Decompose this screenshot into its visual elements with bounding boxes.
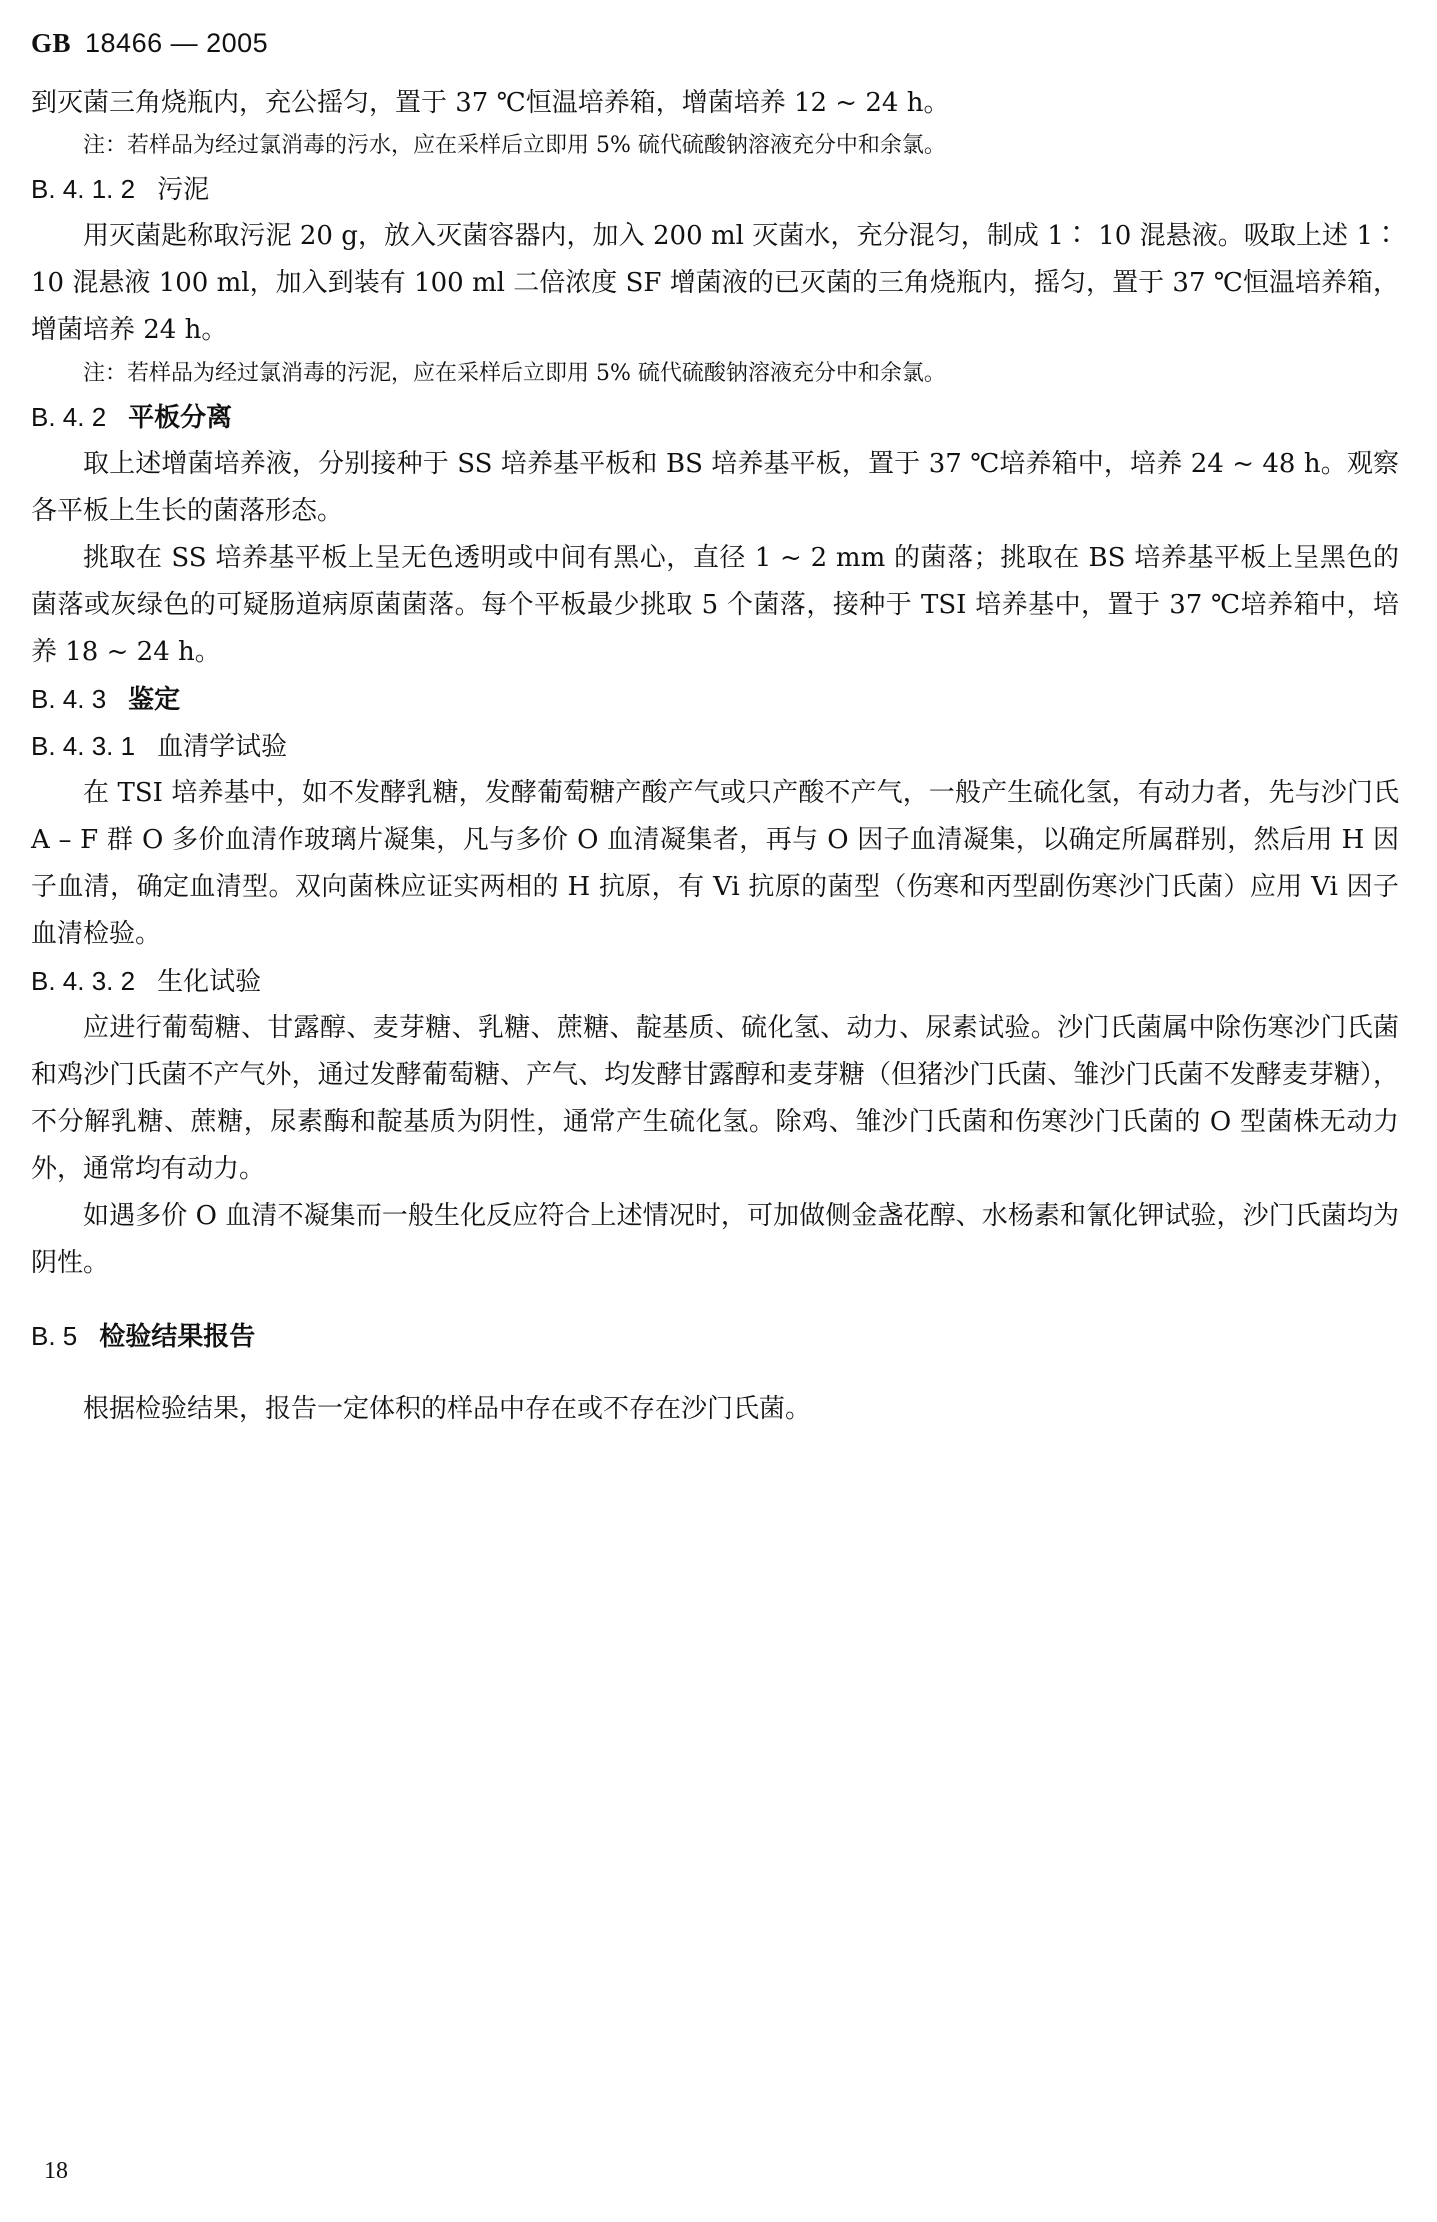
page-number: 18: [44, 2158, 68, 2185]
section-title: 检验结果报告: [99, 1322, 255, 1352]
document-body: 到灭菌三角烧瓶内，充公摇匀，置于 37 ℃恒温培养箱，增菌培养 12 ~ 24 …: [31, 80, 1399, 1433]
document-header: GB18466 — 2005: [31, 28, 268, 59]
section-heading-b43: B. 4. 3鉴定: [31, 676, 1399, 723]
section-number: B. 4. 3. 1: [31, 731, 135, 761]
section-number: B. 4. 1. 2: [31, 174, 135, 204]
section-title: 血清学试验: [157, 732, 287, 762]
standard-prefix: GB: [31, 28, 71, 58]
paragraph-serology: 在 TSI 培养基中，如不发酵乳糖，发酵葡萄糖产酸产气或只产酸不产气，一般产生硫…: [31, 770, 1399, 958]
paragraph-sludge: 用灭菌匙称取污泥 20 g，放入灭菌容器内，加入 200 ml 灭菌水，充分混匀…: [31, 213, 1399, 354]
section-heading-b432: B. 4. 3. 2生化试验: [31, 958, 1399, 1005]
section-title: 生化试验: [157, 967, 261, 997]
section-number: B. 5: [31, 1321, 77, 1351]
standard-number: 18466 — 2005: [85, 28, 268, 58]
section-title: 污泥: [157, 175, 209, 205]
section-number: B. 4. 2: [31, 402, 106, 432]
paragraph-colony-picking: 挑取在 SS 培养基平板上呈无色透明或中间有黑心，直径 1 ~ 2 mm 的菌落…: [31, 535, 1399, 676]
section-heading-b412: B. 4. 1. 2污泥: [31, 166, 1399, 213]
note-wastewater: 注：若样品为经过氯消毒的污水，应在采样后立即用 5% 硫代硫酸钠溶液充分中和余氯…: [31, 126, 1399, 166]
section-heading-b5: B. 5检验结果报告: [31, 1313, 1399, 1360]
paragraph-plate-isolation: 取上述增菌培养液，分别接种于 SS 培养基平板和 BS 培养基平板，置于 37 …: [31, 441, 1399, 535]
section-title: 平板分离: [128, 403, 232, 433]
note-sludge: 注：若样品为经过氯消毒的污泥，应在采样后立即用 5% 硫代硫酸钠溶液充分中和余氯…: [31, 354, 1399, 394]
paragraph-result-report: 根据检验结果，报告一定体积的样品中存在或不存在沙门氏菌。: [31, 1386, 1399, 1433]
paragraph-continuation: 到灭菌三角烧瓶内，充公摇匀，置于 37 ℃恒温培养箱，增菌培养 12 ~ 24 …: [31, 80, 1399, 126]
section-title: 鉴定: [128, 685, 180, 715]
section-heading-b431: B. 4. 3. 1血清学试验: [31, 723, 1399, 770]
section-heading-b42: B. 4. 2平板分离: [31, 394, 1399, 441]
paragraph-biochemical: 应进行葡萄糖、甘露醇、麦芽糖、乳糖、蔗糖、靛基质、硫化氢、动力、尿素试验。沙门氏…: [31, 1005, 1399, 1193]
section-number: B. 4. 3: [31, 684, 106, 714]
paragraph-additional-tests: 如遇多价 O 血清不凝集而一般生化反应符合上述情况时，可加做侧金盏花醇、水杨素和…: [31, 1193, 1399, 1287]
section-number: B. 4. 3. 2: [31, 966, 135, 996]
